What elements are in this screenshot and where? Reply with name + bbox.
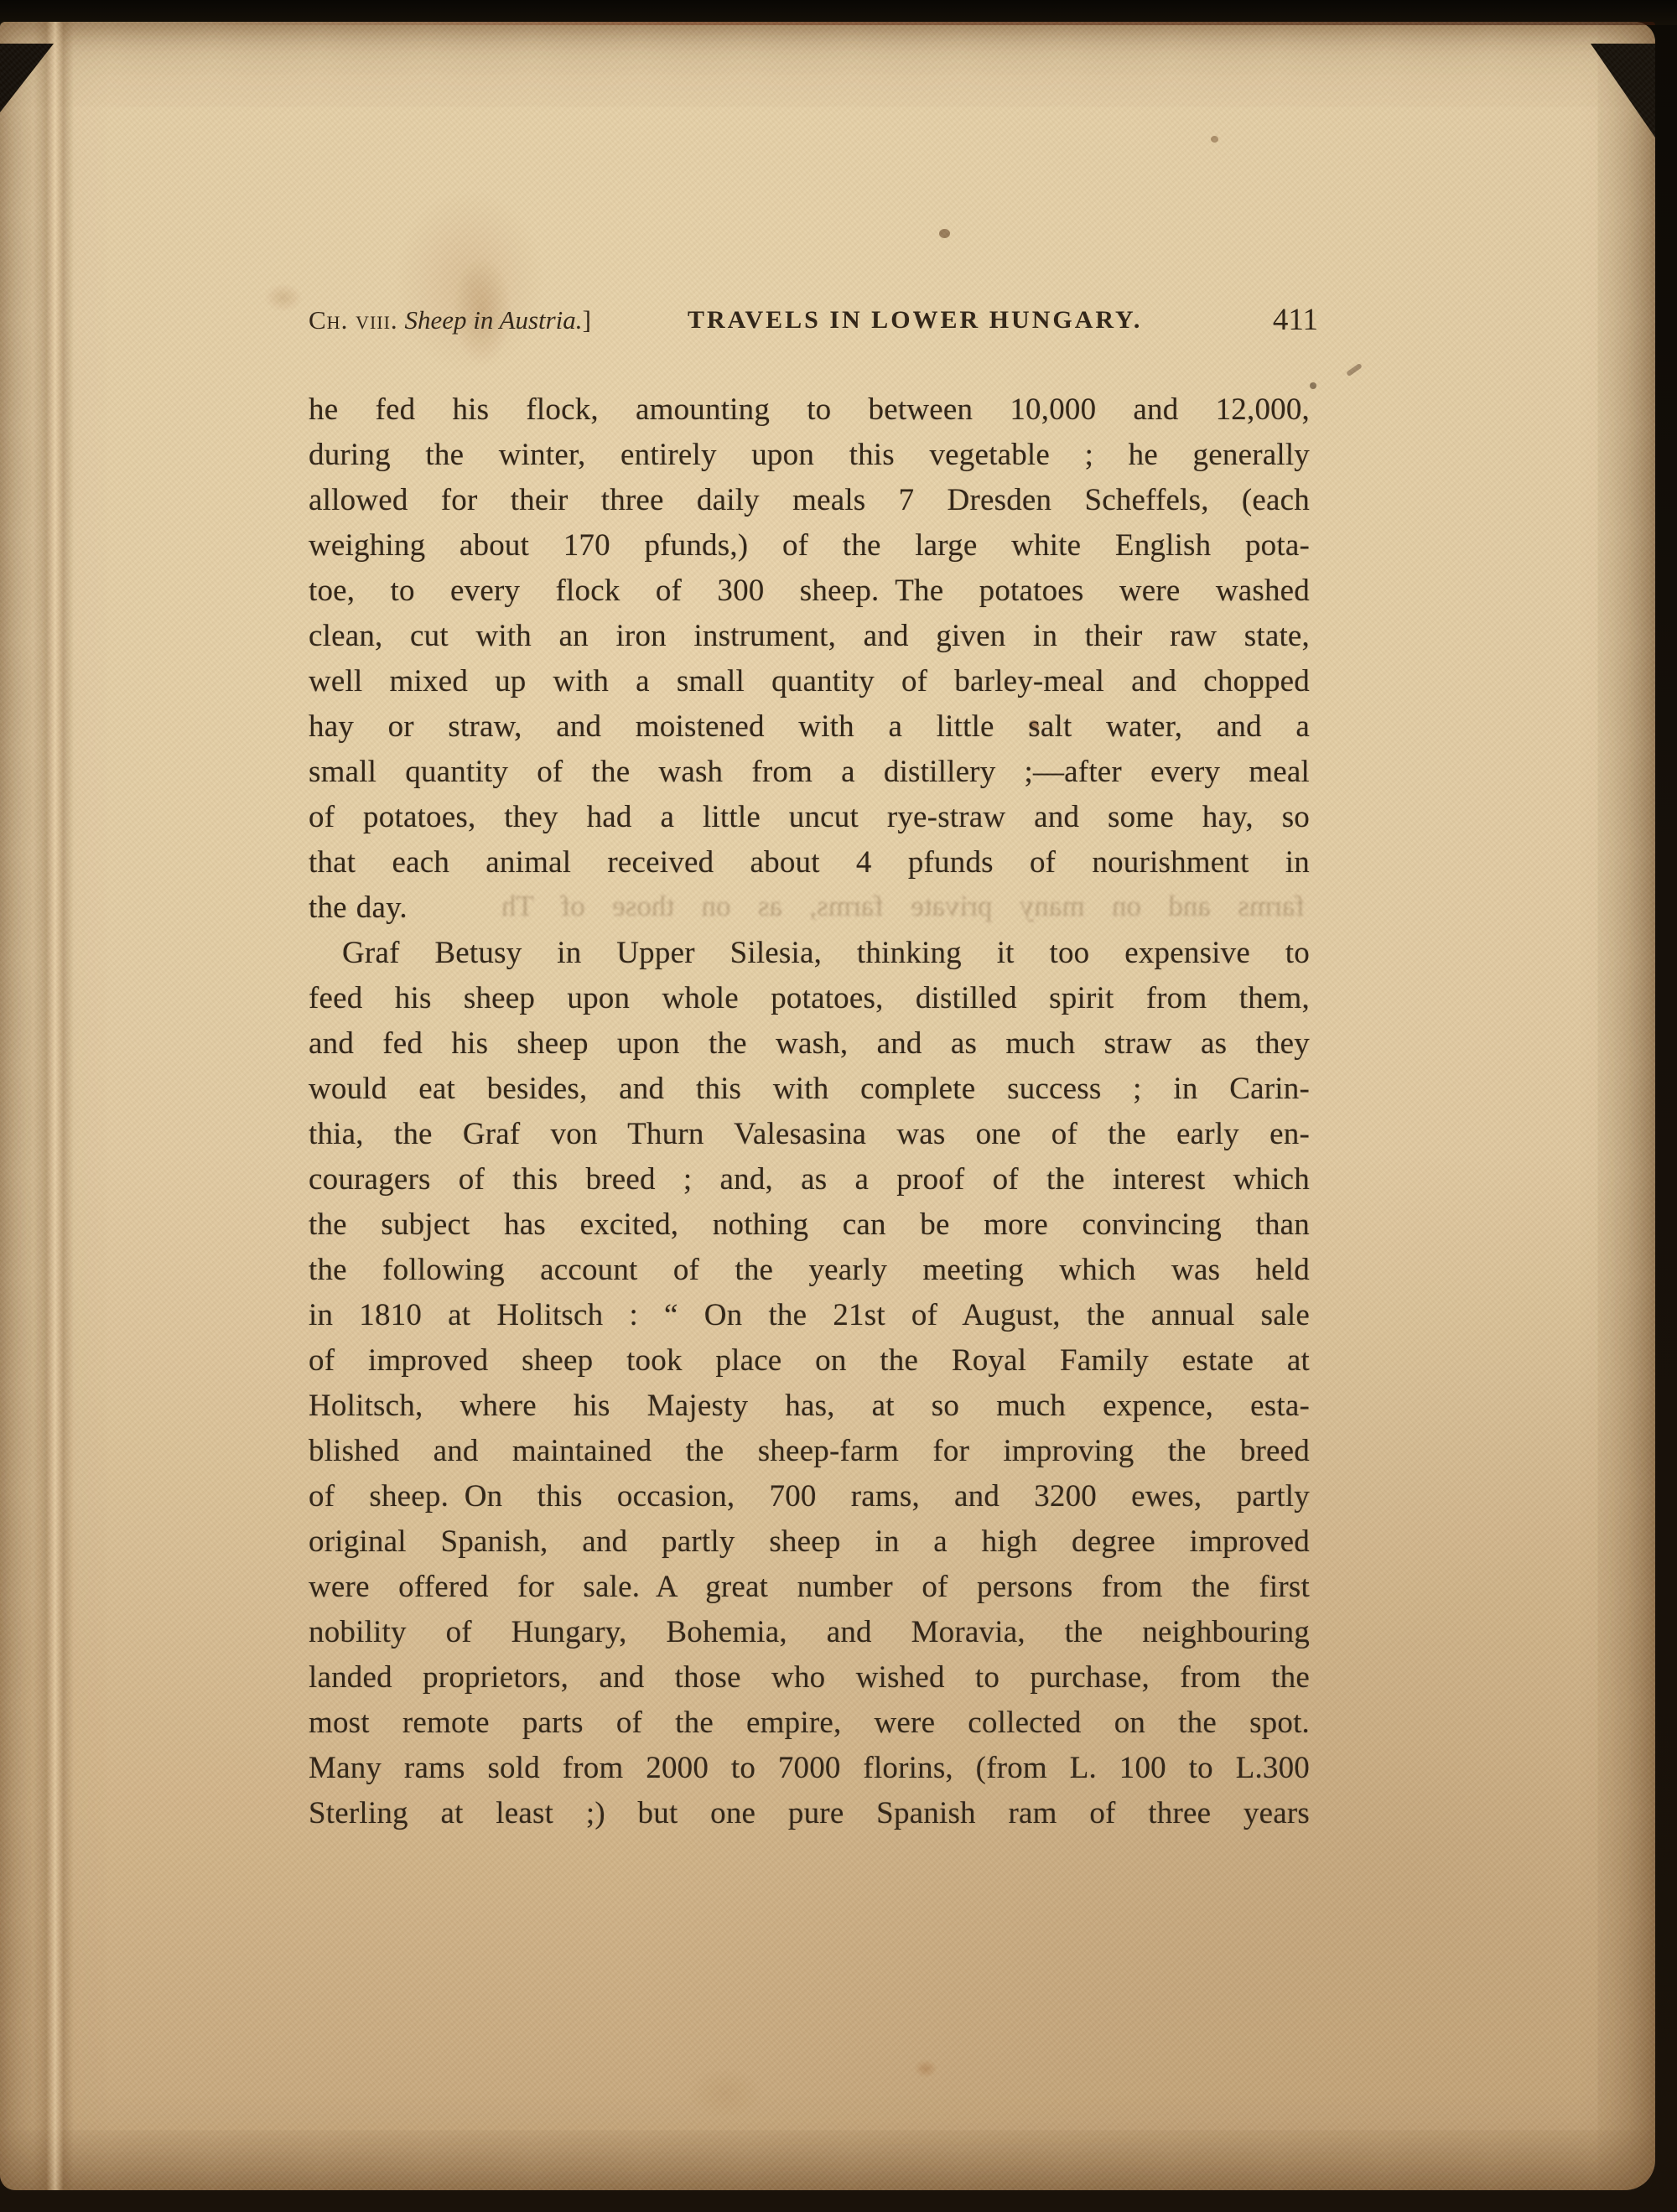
text-line: Holitsch, where his Majesty has, at so m… — [309, 1384, 1310, 1429]
folded-corner — [1586, 44, 1655, 138]
chapter-heading: Ch. viii. Sheep in Austria.] — [309, 305, 591, 335]
text-line: original Spanish, and partly sheep in a … — [309, 1519, 1310, 1565]
ink-speck — [1310, 382, 1316, 389]
stain — [688, 2068, 763, 2118]
text-line: the following account of the yearly meet… — [309, 1248, 1310, 1293]
text-line: he fed his flock, amounting to between 1… — [309, 387, 1310, 433]
page-number: 411 — [1273, 302, 1318, 338]
text-line: small quantity of the wash from a distil… — [309, 750, 1310, 795]
text-line: thia, the Graf von Thurn Valesasina was … — [309, 1112, 1310, 1157]
text-line: couragers of this breed ; and, as a proo… — [309, 1157, 1310, 1202]
stain — [939, 229, 950, 238]
text-line: toe, to every flock of 300 sheep. The po… — [309, 569, 1310, 614]
text-line: Sterling at least ;) but one pure Spanis… — [309, 1791, 1310, 1836]
gutter-crease — [34, 22, 74, 2190]
text-line: well mixed up with a small quantity of b… — [309, 659, 1310, 704]
stain — [394, 190, 545, 374]
text-line: that each animal received about 4 pfunds… — [309, 840, 1310, 885]
text-line: would eat besides, and this with complet… — [309, 1067, 1310, 1112]
text-line: Many rams sold from 2000 to 7000 florins… — [309, 1746, 1310, 1791]
section-title: Sheep in Austria. — [404, 305, 582, 335]
body-text: he fed his flock, amounting to between 1… — [309, 387, 1310, 1836]
pencil-mark — [1346, 363, 1363, 376]
scanned-book-photo: Ch. viii. Sheep in Austria.] TRAVELS IN … — [0, 0, 1677, 2212]
stain — [1211, 136, 1218, 143]
text-line: in 1810 at Holitsch : “ On the 21st of A… — [309, 1293, 1310, 1338]
text-line: landed proprietors, and those who wished… — [309, 1655, 1310, 1701]
text-line: Graf Betusy in Upper Silesia, thinking i… — [309, 931, 1310, 976]
text-line: weighing about 170 pfunds,) of the large… — [309, 523, 1310, 569]
text-line: clean, cut with an iron instrument, and … — [309, 614, 1310, 659]
text-line: hay or straw, and moistened with a littl… — [309, 704, 1310, 750]
text-line: of sheep. On this occasion, 700 rams, an… — [309, 1474, 1310, 1519]
page-header: Ch. viii. Sheep in Austria.] TRAVELS IN … — [309, 302, 1318, 339]
text-line: the day. — [309, 885, 1310, 931]
book-page: Ch. viii. Sheep in Austria.] TRAVELS IN … — [0, 22, 1655, 2190]
text-line: allowed for their three daily meals 7 Dr… — [309, 478, 1310, 523]
text-line: during the winter, entirely upon this ve… — [309, 433, 1310, 478]
text-line: most remote parts of the empire, were co… — [309, 1701, 1310, 1746]
stain — [264, 283, 303, 312]
text-line: feed his sheep upon whole potatoes, dist… — [309, 976, 1310, 1021]
text-line: of improved sheep took place on the Roya… — [309, 1338, 1310, 1384]
text-line: nobility of Hungary, Bohemia, and Moravi… — [309, 1610, 1310, 1655]
text-line: the subject has excited, nothing can be … — [309, 1202, 1310, 1248]
text-line: were offered for sale. A great number of… — [309, 1565, 1310, 1610]
bracket: ] — [583, 305, 591, 335]
running-title: TRAVELS IN LOWER HUNGARY. — [688, 306, 1142, 335]
text-line: and fed his sheep upon the wash, and as … — [309, 1021, 1310, 1067]
chapter-label: Ch. viii. — [309, 305, 398, 335]
text-line: blished and maintained the sheep-farm fo… — [309, 1429, 1310, 1474]
text-line: of potatoes, they had a little uncut rye… — [309, 795, 1310, 840]
stain — [914, 2059, 937, 2078]
